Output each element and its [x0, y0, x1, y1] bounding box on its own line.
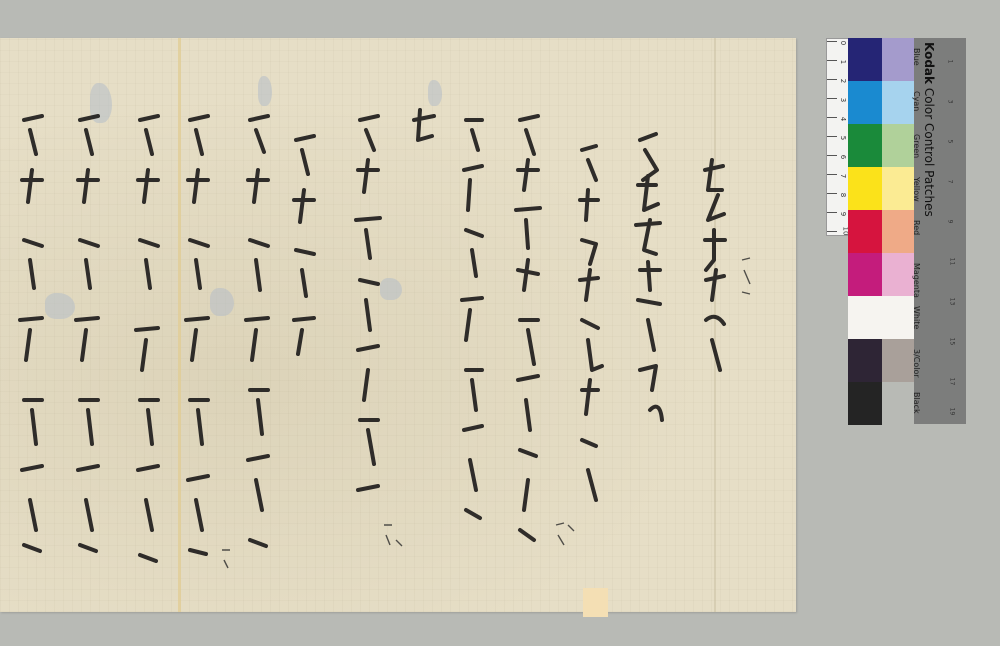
patch-red: [848, 210, 882, 253]
patch-3color-gray: [882, 339, 916, 382]
patch-blue: [848, 38, 882, 81]
patch-red-light: [882, 210, 916, 253]
patch-magenta: [848, 253, 882, 296]
calligraphy-text: [0, 0, 800, 646]
patch-green-light: [882, 124, 916, 167]
gray-strip: Kodak Color Control Patches Blue Cyan Gr…: [914, 38, 966, 424]
kodak-color-card: 0 1 2 3 4 5 6 7 8 9 10 Kodak Color Contr…: [826, 38, 966, 424]
card-title: Kodak Color Control Patches: [922, 42, 936, 217]
patch-black: [848, 382, 882, 425]
patch-blue-light: [882, 38, 916, 81]
patch-yellow: [848, 167, 882, 210]
patch-cyan-light: [882, 81, 916, 124]
patch-3color: [848, 339, 882, 382]
patch-green: [848, 124, 882, 167]
patch-white: [848, 296, 916, 339]
patch-yellow-light: [882, 167, 916, 210]
color-patches: [848, 38, 916, 425]
patch-cyan: [848, 81, 882, 124]
patch-magenta-light: [882, 253, 916, 296]
